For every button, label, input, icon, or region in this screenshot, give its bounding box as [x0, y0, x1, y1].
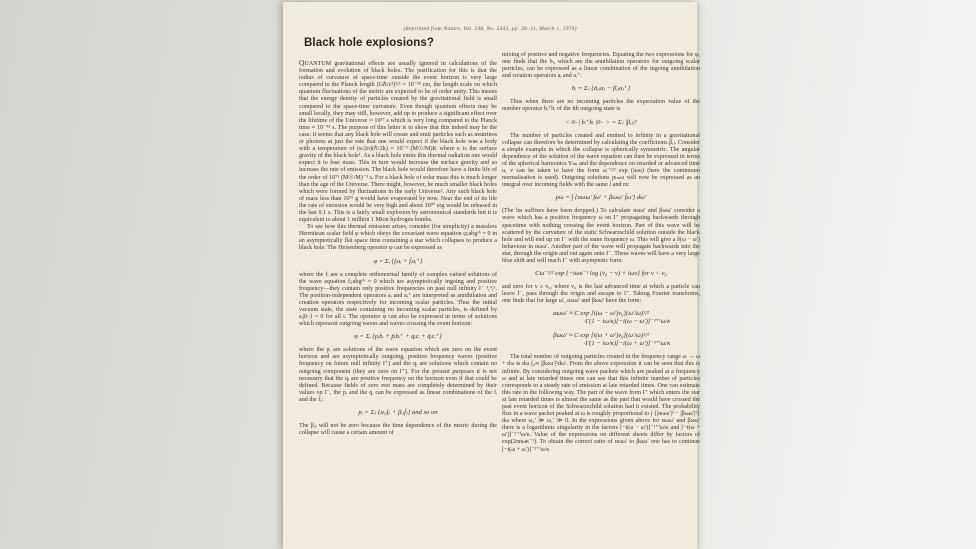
paragraph-solutions-f: where the fᵢ are a complete orthonormal …: [299, 272, 497, 329]
left-column: QUANTUM gravitational effects are usuall…: [299, 59, 497, 437]
equation-field-operator: φ = Σᵢ {fᵢaᵢ + f̄ᵢaᵢ⁺}: [299, 258, 497, 266]
equation-p-combination: pᵢ = Σⱼ {αᵢⱼfⱼ + βᵢⱼf̄ⱼ} and so on: [299, 409, 497, 417]
paragraph-calculate-alpha-beta: (The lm suffixes have been dropped.) To …: [502, 208, 700, 265]
equation-b-operator: bᵢ = Σⱼ {ᾱᵢⱼaⱼ − β̄ᵢⱼaⱼ⁺}: [502, 85, 700, 93]
right-column: mixing of positive and negative frequenc…: [502, 52, 700, 454]
equation-outgoing-expansion: φ = Σᵢ {pᵢbᵢ + p̄ᵢbᵢ⁺ + qᵢcᵢ + q̄ᵢcᵢ⁺}: [299, 333, 497, 341]
paragraph-intro: QUANTUM gravitational effects are usuall…: [299, 59, 497, 224]
equation-p-omega-integral: pω = ∫ {αωω′ fω′ + βωω′ f̄ω′} dω′: [502, 194, 700, 202]
paragraph-expectation: Thus when there are no incoming particle…: [502, 99, 700, 113]
equation-alpha-line1: αωω′ ≈ C exp [i(ω − ω′)v₀](ω′/ω)¹/²: [553, 310, 649, 317]
paragraph-mixing: mixing of positive and negative frequenc…: [502, 52, 700, 80]
equation-beta-line2: ·Γ(1 − iω/κ)[−i(ω + ω′)]⁻¹⁺ⁱω/κ: [502, 340, 700, 348]
equation-asymptotic-form: Cω⁻¹/² exp {−iωκ⁻¹ log (v₀ − v) + iωv} f…: [502, 270, 700, 278]
paragraph-solutions-pq: where the pᵢ are solutions of the wave e…: [299, 347, 497, 404]
paragraph-fourier: and zero for v ≥ v₀, where v₀ is the las…: [502, 284, 700, 305]
equation-beta-line1: βωω′ ≈ C exp [i(ω + ω′)v₀](ω′/ω)¹/²: [553, 332, 649, 339]
paragraph-particle-number: The number of particles created and emit…: [502, 133, 700, 190]
article-title: Black hole explosions?: [304, 37, 434, 49]
scanned-page: (Reprinted from Nature, Vol. 248, No. 54…: [283, 2, 697, 549]
reprint-source-line: (Reprinted from Nature, Vol. 248, No. 54…: [283, 26, 697, 32]
photo-background: (Reprinted from Nature, Vol. 248, No. 54…: [0, 0, 976, 549]
paragraph-total-number: The total number of outgoing particles c…: [502, 354, 700, 453]
equation-number-operator: < 0₋| bᵢ⁺bᵢ |0₋ > = Σⱼ |βᵢⱼ|²: [502, 119, 700, 127]
paragraph-beta-nonzero: The βᵢⱼ will not be zero because the tim…: [299, 423, 497, 437]
paragraph-thermal-emission: To see how this thermal emission arises,…: [299, 224, 497, 252]
equation-alpha-form: αωω′ ≈ C exp [i(ω − ω′)v₀](ω′/ω)¹/² ·Γ(1…: [502, 310, 700, 326]
equation-alpha-line2: ·Γ(1 − iω/κ)[−i(ω − ω′)]⁻¹⁺ⁱω/κ: [502, 318, 700, 326]
equation-beta-form: βωω′ ≈ C exp [i(ω + ω′)v₀](ω′/ω)¹/² ·Γ(1…: [502, 332, 700, 348]
